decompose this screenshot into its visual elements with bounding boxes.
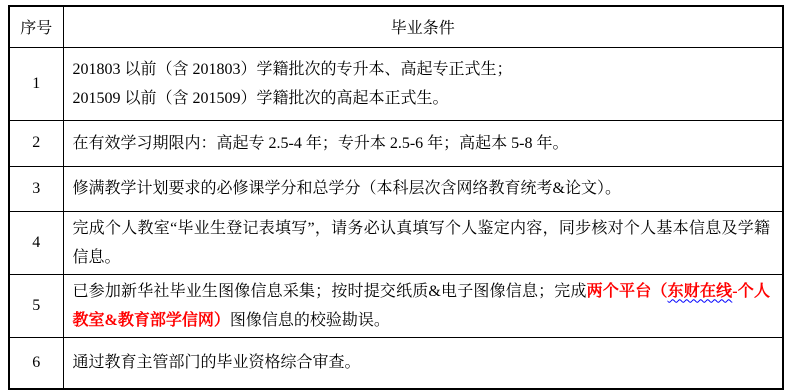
graduation-conditions-table: 序号 毕业条件 1 201803 以前（含 201803）学籍批次的专升本、高起… bbox=[8, 5, 784, 389]
table-row-5: 5 已参加新华社毕业生图像信息采集；按时提交纸质&电子图像信息；完成两个平台（东… bbox=[9, 274, 783, 337]
row-condition: 通过教育主管部门的毕业资格综合审查。 bbox=[63, 337, 783, 389]
table-row-1: 1 201803 以前（含 201803）学籍批次的专升本、高起专正式生； 20… bbox=[9, 47, 783, 120]
column-header-condition: 毕业条件 bbox=[63, 6, 783, 47]
table-header-row: 序号 毕业条件 bbox=[9, 6, 783, 47]
condition-highlight-segment: 两个平台（ bbox=[587, 283, 668, 300]
condition-line-1: 201803 以前（含 201803）学籍批次的专升本、高起专正式生； bbox=[73, 55, 771, 84]
row-number: 4 bbox=[9, 211, 63, 274]
table-row-3: 3 修满教学计划要求的必修课学分和总学分（本科层次含网络教育统考&论文）。 bbox=[9, 166, 783, 211]
row-condition: 201803 以前（含 201803）学籍批次的专升本、高起专正式生； 2015… bbox=[63, 47, 783, 120]
condition-text-segment: 已参加新华社毕业生图像信息采集；按时提交纸质&电子图像信息；完成 bbox=[73, 283, 587, 300]
table-row-6: 6 通过教育主管部门的毕业资格综合审查。 bbox=[9, 337, 783, 389]
row-condition: 在有效学习期限内：高起专 2.5-4 年；专升本 2.5-6 年；高起本 5-8… bbox=[63, 120, 783, 166]
row-number: 5 bbox=[9, 274, 63, 337]
condition-highlight-spellcheck-segment: 东财在线 bbox=[668, 283, 733, 300]
table-row-4: 4 完成个人教室“毕业生登记表填写”，请务必认真填写个人鉴定内容，同步核对个人基… bbox=[9, 211, 783, 274]
row-condition: 完成个人教室“毕业生登记表填写”，请务必认真填写个人鉴定内容，同步核对个人基本信… bbox=[63, 211, 783, 274]
row-condition: 已参加新华社毕业生图像信息采集；按时提交纸质&电子图像信息；完成两个平台（东财在… bbox=[63, 274, 783, 337]
row-number: 2 bbox=[9, 120, 63, 166]
table-row-2: 2 在有效学习期限内：高起专 2.5-4 年；专升本 2.5-6 年；高起本 5… bbox=[9, 120, 783, 166]
row-number: 3 bbox=[9, 166, 63, 211]
row-number: 1 bbox=[9, 47, 63, 120]
column-header-no: 序号 bbox=[9, 6, 63, 47]
condition-text-segment: 图像信息的校验勘误。 bbox=[230, 312, 390, 329]
row-number: 6 bbox=[9, 337, 63, 389]
row-condition: 修满教学计划要求的必修课学分和总学分（本科层次含网络教育统考&论文）。 bbox=[63, 166, 783, 211]
condition-line-2: 201509 以前（含 201509）学籍批次的高起本正式生。 bbox=[73, 84, 771, 113]
